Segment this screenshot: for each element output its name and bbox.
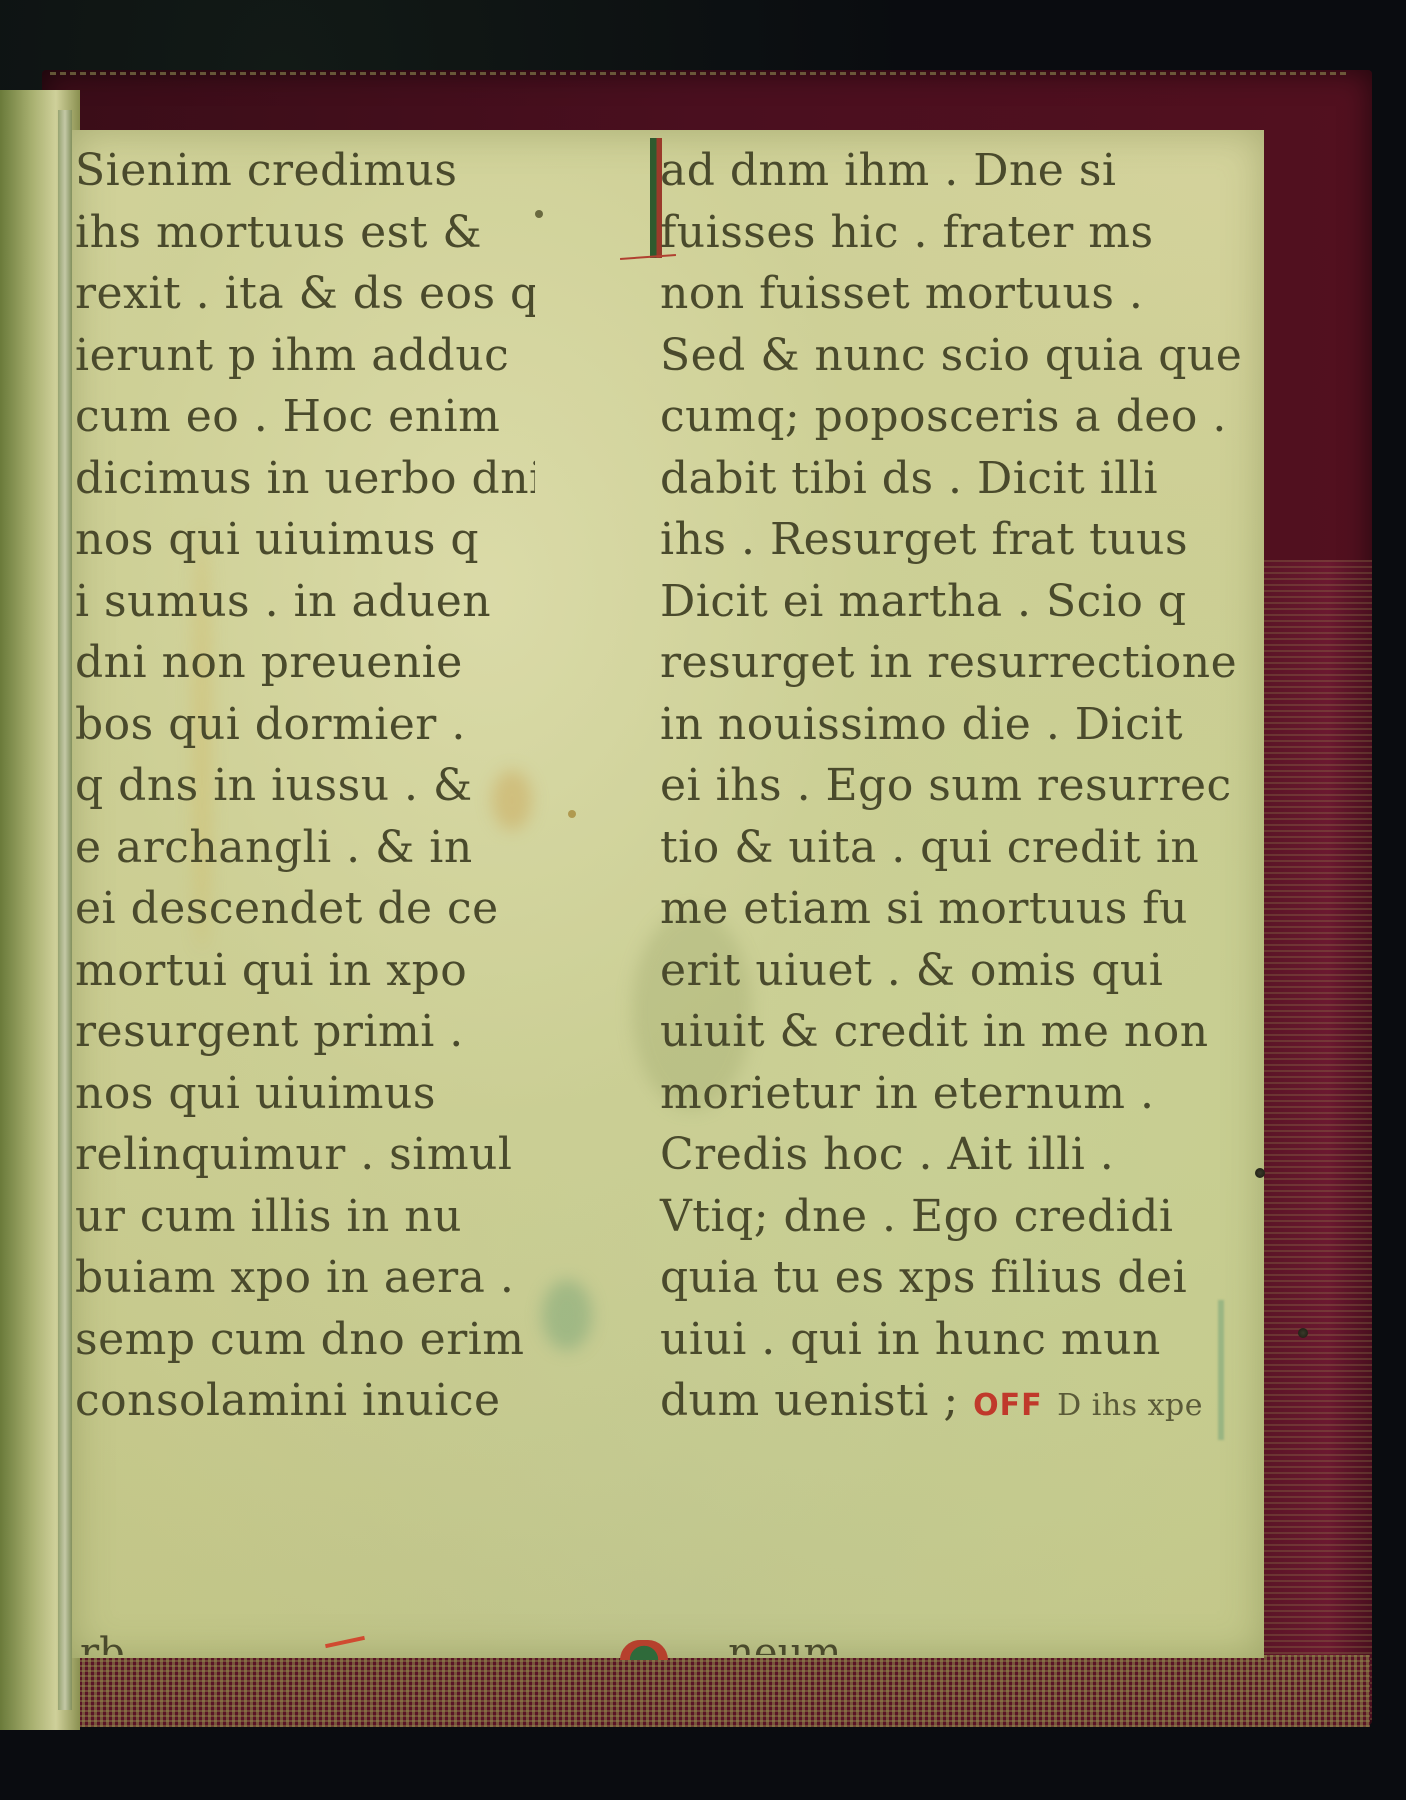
text-line: cumq; poposceris a deo .: [660, 386, 1260, 448]
text-line: buiam xpo in aera .: [75, 1247, 535, 1309]
text-line: quia tu es xps filius dei: [660, 1247, 1260, 1309]
text-line: dabit tibi ds . Dicit illi: [660, 448, 1260, 510]
text-line: Sed & nunc scio quia que: [660, 325, 1260, 387]
binding-stitching: [50, 72, 1350, 75]
text-line: e archangli . & in: [75, 817, 535, 879]
binding-bottom-edge: [70, 1655, 1370, 1727]
right-text-column: ad dnm ihm . Dne si fuisses hic . frater…: [660, 140, 1260, 1432]
binding-right-edge: [1262, 560, 1372, 1720]
spine-fold: [58, 110, 72, 1710]
cut-off-line-left: rb...: [80, 1630, 163, 1655]
left-text-column: Sienim credimus ihs mortuus est & rexit …: [75, 140, 535, 1432]
text-line: me etiam si mortuus fu: [660, 878, 1260, 940]
text-line: relinquimur . simul: [75, 1124, 535, 1186]
margin-dot: [535, 210, 543, 218]
text-line: q dns in iussu . &: [75, 755, 535, 817]
cut-off-line: ...neum ...: [690, 1630, 892, 1655]
text-line: resurget in resurrectione: [660, 632, 1260, 694]
text-line: ad dnm ihm . Dne si: [660, 140, 1260, 202]
text-line: resurgent primi .: [75, 1001, 535, 1063]
margin-dot: [568, 810, 576, 818]
text-line: dum uenisti ; OFF D ihs xpe: [660, 1370, 1260, 1432]
text-line: uiuit & credit in me non: [660, 1001, 1260, 1063]
text-line: semp cum dno erim .: [75, 1309, 535, 1371]
text-line: nos qui uiuimus: [75, 1063, 535, 1125]
text-line: Credis hoc . Ait illi .: [660, 1124, 1260, 1186]
text-line: i sumus . in aduen: [75, 571, 535, 633]
text-line: Sienim credimus: [75, 140, 535, 202]
binding-nail: [1255, 1168, 1265, 1178]
text-line: morietur in eternum .: [660, 1063, 1260, 1125]
text-line: nos qui uiuimus q: [75, 509, 535, 571]
text-line: non fuisset mortuus .: [660, 263, 1260, 325]
text-line: Vtiq; dne . Ego credidi: [660, 1186, 1260, 1248]
text-line: ihs mortuus est &: [75, 202, 535, 264]
text-line: ei ihs . Ego sum resurrec: [660, 755, 1260, 817]
green-pen-stroke: [1218, 1300, 1224, 1440]
text-line: uiui . qui in hunc mun: [660, 1309, 1260, 1371]
text-line-end: dum uenisti ;: [660, 1375, 959, 1426]
text-line: cum eo . Hoc enim: [75, 386, 535, 448]
text-line: fuisses hic . frater ms: [660, 202, 1260, 264]
text-line: erit uiuet . & omis qui: [660, 940, 1260, 1002]
text-line: tio & uita . qui credit in: [660, 817, 1260, 879]
text-line: in nouissimo die . Dicit: [660, 694, 1260, 756]
text-line: dni non preuenie: [75, 632, 535, 694]
text-line: dicimus in uerbo dni .: [75, 448, 535, 510]
binding-nail: [1298, 1328, 1308, 1338]
rubric-followup: D ihs xpe: [1057, 1388, 1203, 1423]
rubric-offertory: OFF: [973, 1388, 1043, 1423]
stain: [542, 1280, 592, 1350]
text-line: ei descendet de ce: [75, 878, 535, 940]
text-line: Dicit ei martha . Scio q: [660, 571, 1260, 633]
text-line: mortui qui in xpo: [75, 940, 535, 1002]
text-line: ur cum illis in nu: [75, 1186, 535, 1248]
text-line: ierunt p ihm adduc: [75, 325, 535, 387]
manuscript-photo: Sienim credimus ihs mortuus est & rexit …: [0, 0, 1406, 1800]
text-line: bos qui dormier .: [75, 694, 535, 756]
text-line: ihs . Resurget frat tuus: [660, 509, 1260, 571]
text-line: consolamini inuice: [75, 1370, 535, 1432]
text-line: rexit . ita & ds eos q: [75, 263, 535, 325]
